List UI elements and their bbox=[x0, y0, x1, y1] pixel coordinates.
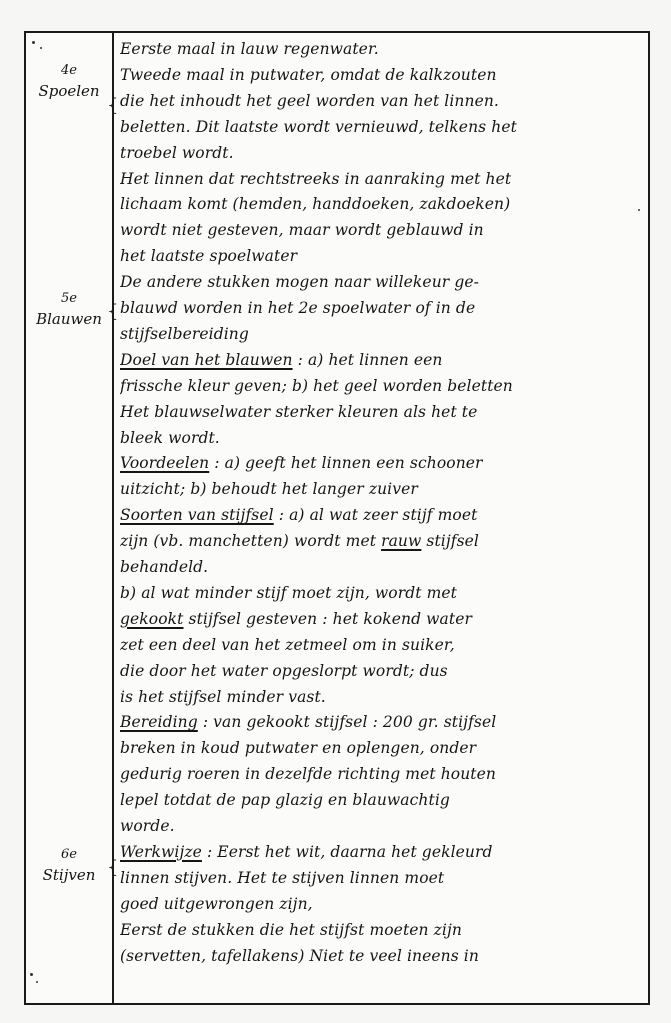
underlined-heading: rauw bbox=[381, 532, 421, 550]
text-line: Eerst de stukken die het stijfst moeten … bbox=[120, 918, 640, 942]
text-line: troebel wordt. bbox=[120, 141, 640, 165]
text-line: b) al wat minder stijf moet zijn, wordt … bbox=[120, 581, 640, 605]
text-segment: (servetten, tafellakens) Niet te veel in… bbox=[120, 947, 479, 965]
text-segment: linnen stijven. Het te stijven linnen mo… bbox=[120, 869, 444, 887]
section-label: Blauwen bbox=[36, 310, 102, 328]
brace-icon: { bbox=[107, 859, 118, 877]
text-line: linnen stijven. Het te stijven linnen mo… bbox=[120, 866, 640, 890]
scan-speck bbox=[36, 981, 38, 983]
text-line: Bereiding : van gekookt stijfsel : 200 g… bbox=[120, 710, 640, 734]
section-label: Spoelen bbox=[38, 82, 99, 100]
text-line: wordt niet gesteven, maar wordt geblauwd… bbox=[120, 218, 640, 242]
underlined-heading: Bereiding bbox=[120, 713, 198, 731]
text-segment: troebel wordt. bbox=[120, 144, 234, 162]
handwritten-page: 4e Spoelen { 5e Blauwen { 6e Stijven { E… bbox=[24, 31, 650, 1005]
text-line: gekookt stijfsel gesteven : het kokend w… bbox=[120, 607, 640, 631]
text-segment: behandeld. bbox=[120, 558, 208, 576]
text-line: zet een deel van het zetmeel om in suike… bbox=[120, 633, 640, 657]
underlined-heading: Werkwijze bbox=[120, 843, 202, 861]
section-number: 5e bbox=[28, 289, 110, 309]
text-segment: goed uitgewrongen zijn, bbox=[120, 895, 313, 913]
text-segment: die het inhoudt het geel worden van het … bbox=[120, 92, 499, 110]
text-line: Voordeelen : a) geeft het linnen een sch… bbox=[120, 451, 640, 475]
text-line: die door het water opgeslorpt wordt; dus bbox=[120, 659, 640, 683]
brace-icon: { bbox=[107, 97, 118, 115]
text-line: zijn (vb. manchetten) wordt met rauw sti… bbox=[120, 529, 640, 553]
scan-speck bbox=[30, 973, 33, 976]
scan-speck bbox=[32, 41, 35, 44]
text-segment: Eerste maal in lauw regenwater. bbox=[120, 40, 379, 58]
margin-label-spoelen: 4e Spoelen bbox=[28, 61, 110, 101]
text-line: gedurig roeren in dezelfde richting met … bbox=[120, 762, 640, 786]
text-segment: zijn (vb. manchetten) wordt met bbox=[120, 532, 381, 550]
text-line: Het blauwselwater sterker kleuren als he… bbox=[120, 400, 640, 424]
text-line: uitzicht; b) behoudt het langer zuiver bbox=[120, 477, 640, 501]
text-line: Het linnen dat rechtstreeks in aanraking… bbox=[120, 167, 640, 191]
margin-label-blauwen: 5e Blauwen bbox=[28, 289, 110, 329]
text-segment: die door het water opgeslorpt wordt; dus bbox=[120, 662, 448, 680]
text-line: die het inhoudt het geel worden van het … bbox=[120, 89, 640, 113]
text-line: Doel van het blauwen : a) het linnen een bbox=[120, 348, 640, 372]
text-segment: bleek wordt. bbox=[120, 429, 220, 447]
text-line: bleek wordt. bbox=[120, 426, 640, 450]
text-segment: : a) al wat zeer stijf moet bbox=[274, 506, 478, 524]
body-text-column: Eerste maal in lauw regenwater.Tweede ma… bbox=[120, 33, 640, 1003]
text-line: Werkwijze : Eerst het wit, daarna het ge… bbox=[120, 840, 640, 864]
text-line: (servetten, tafellakens) Niet te veel in… bbox=[120, 944, 640, 968]
section-number: 4e bbox=[28, 61, 110, 81]
text-segment: gedurig roeren in dezelfde richting met … bbox=[120, 765, 496, 783]
scan-speck bbox=[638, 209, 640, 211]
underlined-heading: gekookt bbox=[120, 610, 183, 628]
underlined-heading: Doel van het blauwen bbox=[120, 351, 293, 369]
text-line: lichaam komt (hemden, handdoeken, zakdoe… bbox=[120, 192, 640, 216]
text-line: blauwd worden in het 2e spoelwater of in… bbox=[120, 296, 640, 320]
text-line: breken in koud putwater en oplengen, ond… bbox=[120, 736, 640, 760]
text-line: goed uitgewrongen zijn, bbox=[120, 892, 640, 916]
text-segment: blauwd worden in het 2e spoelwater of in… bbox=[120, 299, 475, 317]
text-segment: stijfsel gesteven : het kokend water bbox=[183, 610, 472, 628]
brace-icon: { bbox=[107, 303, 118, 321]
section-label: Stijven bbox=[43, 866, 96, 884]
text-segment: Eerst de stukken die het stijfst moeten … bbox=[120, 921, 462, 939]
section-number: 6e bbox=[28, 845, 110, 865]
text-segment: : Eerst het wit, daarna het gekleurd bbox=[202, 843, 493, 861]
text-segment: uitzicht; b) behoudt het langer zuiver bbox=[120, 480, 418, 498]
text-line: stijfselbereiding bbox=[120, 322, 640, 346]
text-segment: stijfsel bbox=[421, 532, 479, 550]
text-line: het laatste spoelwater bbox=[120, 244, 640, 268]
margin-label-stijven: 6e Stijven bbox=[28, 845, 110, 885]
text-line: lepel totdat de pap glazig en blauwachti… bbox=[120, 788, 640, 812]
text-line: behandeld. bbox=[120, 555, 640, 579]
text-segment: lichaam komt (hemden, handdoeken, zakdoe… bbox=[120, 195, 510, 213]
text-segment: is het stijfsel minder vast. bbox=[120, 688, 326, 706]
text-segment: frissche kleur geven; b) het geel worden… bbox=[120, 377, 513, 395]
text-segment: stijfselbereiding bbox=[120, 325, 249, 343]
text-segment: Het blauwselwater sterker kleuren als he… bbox=[120, 403, 477, 421]
text-line: worde. bbox=[120, 814, 640, 838]
text-line: frissche kleur geven; b) het geel worden… bbox=[120, 374, 640, 398]
text-segment: Het linnen dat rechtstreeks in aanraking… bbox=[120, 170, 511, 188]
text-segment: wordt niet gesteven, maar wordt geblauwd… bbox=[120, 221, 484, 239]
text-segment: lepel totdat de pap glazig en blauwachti… bbox=[120, 791, 450, 809]
text-segment: worde. bbox=[120, 817, 175, 835]
text-segment: het laatste spoelwater bbox=[120, 247, 297, 265]
text-line: is het stijfsel minder vast. bbox=[120, 685, 640, 709]
text-segment: b) al wat minder stijf moet zijn, wordt … bbox=[120, 584, 457, 602]
text-line: Soorten van stijfsel : a) al wat zeer st… bbox=[120, 503, 640, 527]
text-line: De andere stukken mogen naar willekeur g… bbox=[120, 270, 640, 294]
text-line: beletten. Dit laatste wordt vernieuwd, t… bbox=[120, 115, 640, 139]
text-segment: Tweede maal in putwater, omdat de kalkzo… bbox=[120, 66, 497, 84]
text-line: Eerste maal in lauw regenwater. bbox=[120, 37, 640, 61]
text-segment: : van gekookt stijfsel : 200 gr. stijfse… bbox=[198, 713, 497, 731]
text-segment: zet een deel van het zetmeel om in suike… bbox=[120, 636, 455, 654]
underlined-heading: Voordeelen bbox=[120, 454, 209, 472]
text-segment: beletten. Dit laatste wordt vernieuwd, t… bbox=[120, 118, 517, 136]
text-segment: breken in koud putwater en oplengen, ond… bbox=[120, 739, 476, 757]
text-segment: : a) geeft het linnen een schooner bbox=[209, 454, 482, 472]
text-line: Tweede maal in putwater, omdat de kalkzo… bbox=[120, 63, 640, 87]
underlined-heading: Soorten van stijfsel bbox=[120, 506, 274, 524]
scan-speck bbox=[40, 47, 42, 49]
text-segment: De andere stukken mogen naar willekeur g… bbox=[120, 273, 479, 291]
text-segment: : a) het linnen een bbox=[293, 351, 443, 369]
